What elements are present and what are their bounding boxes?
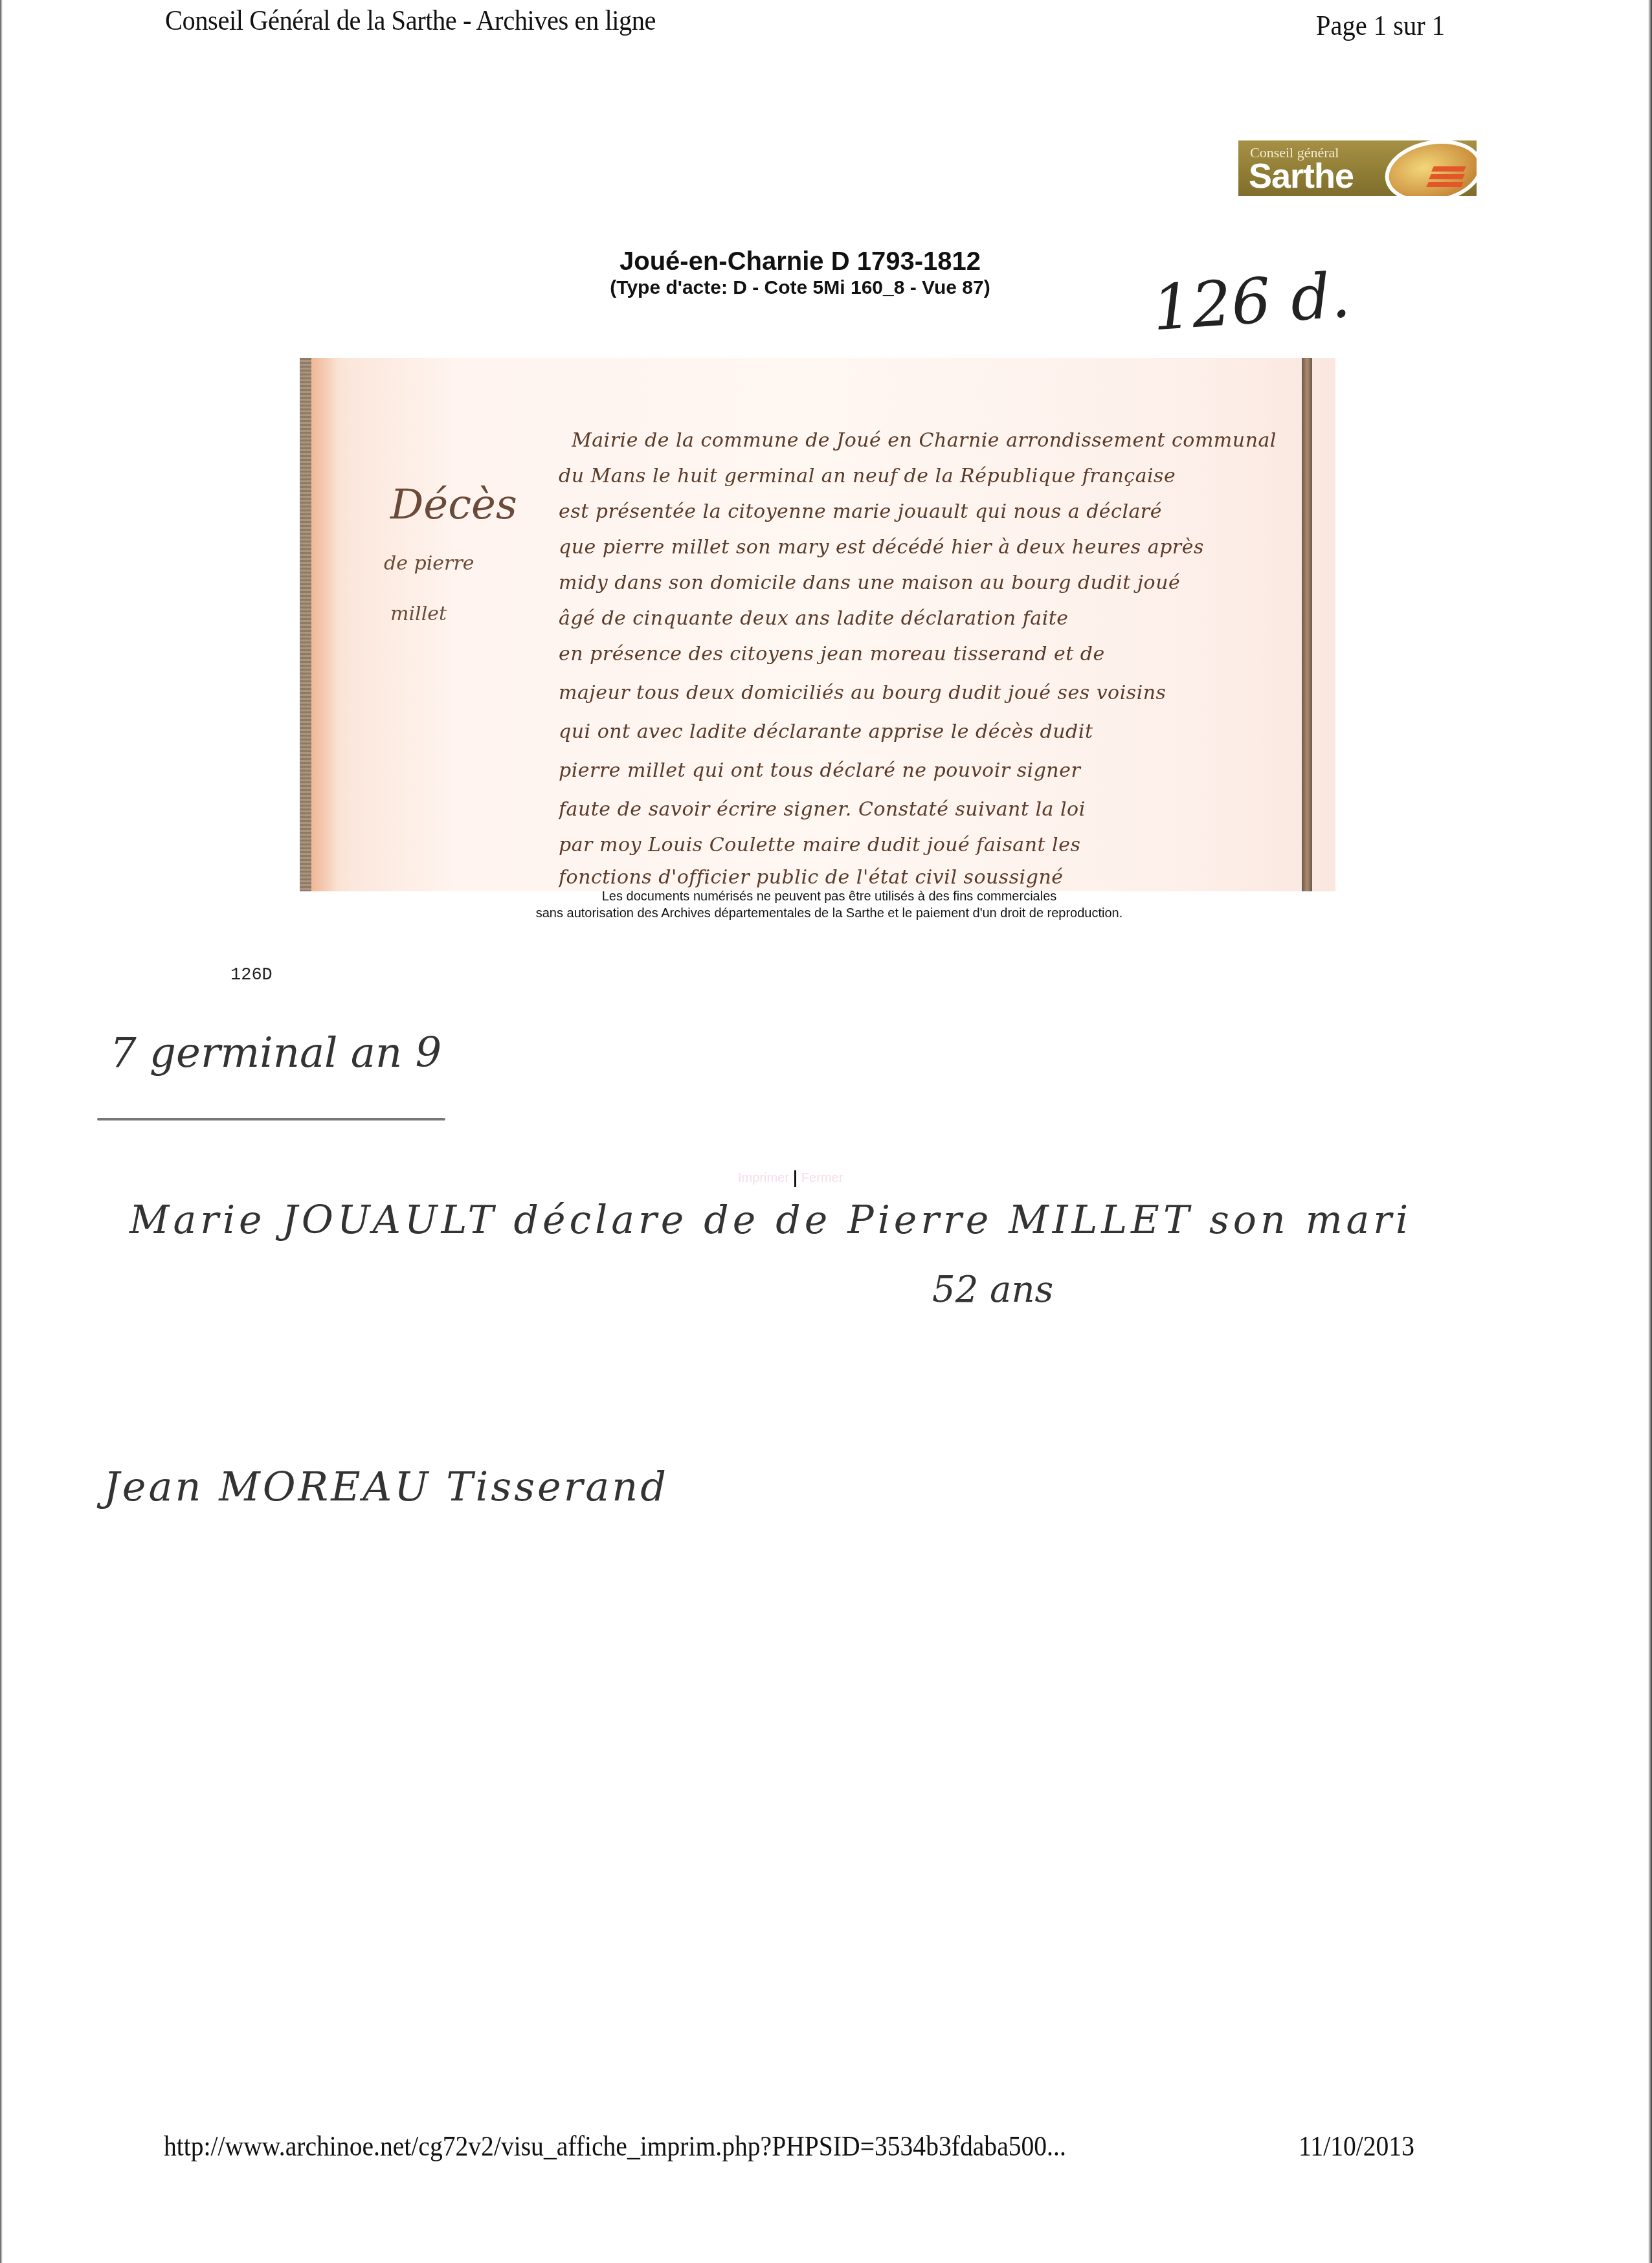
- usage-notice-line-1: Les documents numérisés ne peuvent pas ê…: [0, 889, 1652, 904]
- manuscript-line: midy dans son domicile dans une maison a…: [559, 572, 1284, 594]
- handwritten-witness: Jean MOREAU Tisserand: [104, 1463, 669, 1510]
- print-header-title: Conseil Général de la Sarthe - Archives …: [165, 4, 656, 37]
- reference-code: 126D: [230, 966, 273, 985]
- manuscript-line: qui ont avec ladite déclarante apprise l…: [559, 720, 1284, 743]
- manuscript-line: pierre millet qui ont tous déclaré ne po…: [559, 759, 1284, 782]
- manuscript-line: est présentée la citoyenne marie jouault…: [559, 500, 1284, 523]
- logo-stripe: [1429, 174, 1465, 179]
- manuscript-line: Mairie de la commune de Joué en Charnie …: [572, 429, 1284, 452]
- manuscript-line: fonctions d'officier public de l'état ci…: [559, 866, 1284, 889]
- manuscript-line: par moy Louis Coulette maire dudit joué …: [559, 834, 1284, 856]
- handwritten-reference: 126 d.: [1150, 258, 1352, 344]
- manuscript-line: du Mans le huit germinal an neuf de la R…: [559, 465, 1284, 487]
- document-subtitle: (Type d'acte: D - Cote 5Mi 160_8 - Vue 8…: [0, 277, 1652, 299]
- link-separator: [794, 1170, 796, 1187]
- close-link[interactable]: Fermer: [801, 1171, 843, 1185]
- page-indicator: Page 1 sur 1: [1316, 9, 1445, 42]
- footer-url: http://www.archinoe.net/cg72v2/visu_affi…: [164, 2130, 1066, 2163]
- handwritten-date: 7 germinal an 9: [110, 1029, 441, 1077]
- manuscript-margin-note: millet: [390, 603, 447, 625]
- manuscript-line: que pierre millet son mary est décédé hi…: [559, 536, 1284, 559]
- scan-edge-left: [0, 0, 3, 2263]
- sarthe-logo: Conseil général Sarthe: [1238, 140, 1477, 196]
- manuscript-image: Décès de pierre millet Mairie de la comm…: [300, 358, 1335, 891]
- print-link[interactable]: Imprimer: [738, 1171, 789, 1185]
- manuscript-line: faute de savoir écrire signer. Constaté …: [559, 798, 1284, 821]
- manuscript-line: en présence des citoyens jean moreau tis…: [559, 643, 1284, 665]
- manuscript-margin-rule: [1302, 358, 1312, 891]
- manuscript-margin-note: Décès: [390, 481, 517, 529]
- footer-date: 11/10/2013: [1299, 2130, 1414, 2163]
- manuscript-binding: [300, 358, 311, 891]
- manuscript-margin-note: de pierre: [384, 552, 474, 575]
- date-underline: [97, 1118, 445, 1120]
- logo-stripe: [1431, 166, 1466, 172]
- manuscript-line: majeur tous deux domiciliés au bourg dud…: [559, 682, 1284, 704]
- manuscript-binding-shadow: [311, 358, 337, 891]
- manuscript-line: âgé de cinquante deux ans ladite déclara…: [559, 607, 1284, 630]
- handwritten-age: 52 ans: [932, 1269, 1053, 1311]
- logo-stripe: [1426, 182, 1464, 187]
- usage-notice-line-2: sans autorisation des Archives départeme…: [0, 906, 1652, 921]
- scan-edge-right: [1648, 0, 1652, 2263]
- handwritten-deceased-line: Marie JOUAULT déclare de de Pierre MILLE…: [129, 1198, 1412, 1243]
- logo-big-text: Sarthe: [1249, 156, 1354, 196]
- document-title: Joué-en-Charnie D 1793-1812: [0, 247, 1652, 276]
- faint-print-links: ImprimerFermer: [738, 1170, 843, 1187]
